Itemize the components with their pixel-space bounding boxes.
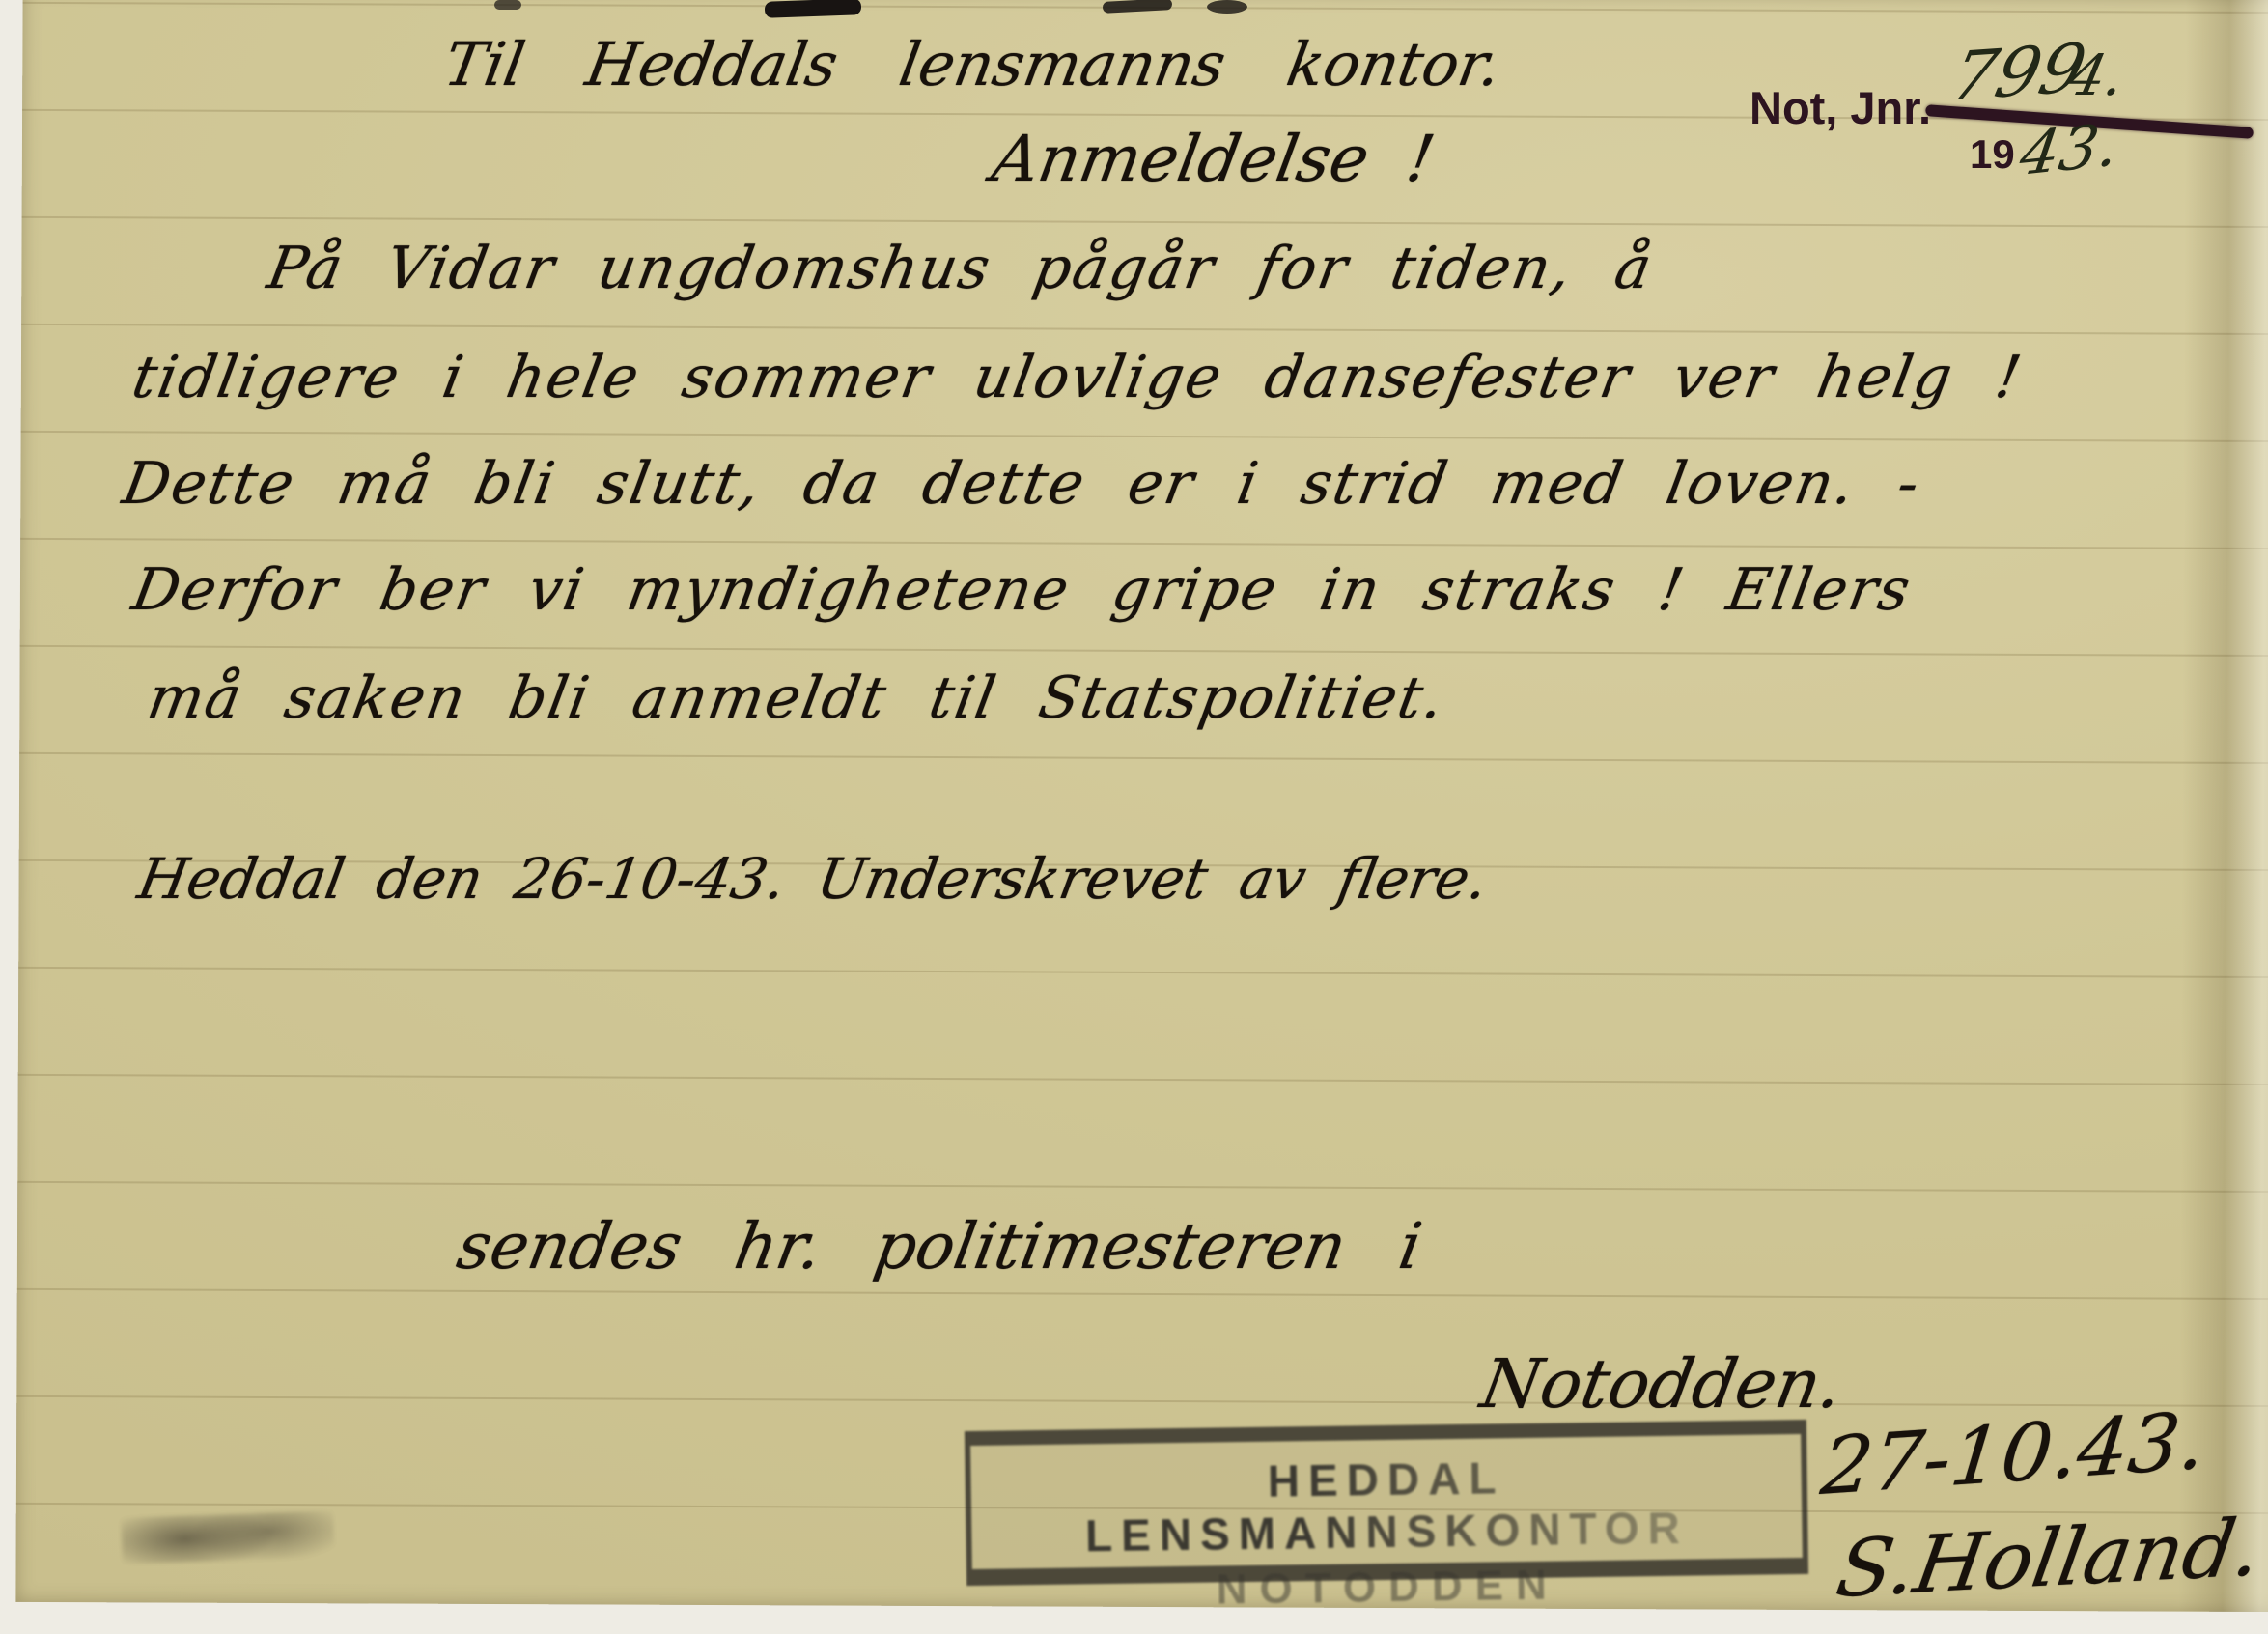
office-stamp-line1: HEDDAL LENSMANNSKONTOR — [970, 1448, 1802, 1564]
cut-off-ink-mark — [494, 0, 521, 10]
registry-year-printed: 19 — [1970, 131, 2015, 178]
ink-smudge — [121, 1510, 335, 1564]
cut-off-ink-mark — [1207, 0, 1247, 14]
registry-stamp-label: Not, Jnr. — [1750, 81, 1931, 134]
registry-stamp: Not, Jnr. 799 4. 19 43. — [1750, 54, 2203, 209]
paper-crease — [2178, 0, 2268, 1612]
body-line: Derfor ber vi myndighetene gripe in stra… — [127, 556, 1917, 624]
body-line: Dette må bli slutt, da dette er i strid … — [118, 450, 1926, 518]
scanned-document: Til Heddals lensmanns kontor. Not, Jnr. … — [0, 0, 2268, 1634]
body-line: må saken bli anmeldt til Statspolitiet. — [143, 664, 1450, 732]
document-heading: Til Heddals lensmanns kontor. — [439, 29, 1506, 99]
forwarding-note-line1: sendes hr. politimesteren i — [452, 1209, 1427, 1283]
body-line: tidligere i hele sommer ulovlige dansefe… — [127, 344, 2028, 411]
forwarding-note-line2: Notodden. — [1475, 1344, 1849, 1423]
body-line: På Vidar ungdomshus pågår for tiden, å — [263, 235, 1658, 302]
office-stamp: HEDDAL LENSMANNSKONTOR NOTODDEN — [965, 1420, 1808, 1586]
registry-year-written: 43. — [2016, 109, 2123, 189]
date-line: Heddal den 26-10-43. Underskrevet av fle… — [133, 846, 1493, 912]
document-title: Anmeldelse ! — [987, 122, 1440, 196]
